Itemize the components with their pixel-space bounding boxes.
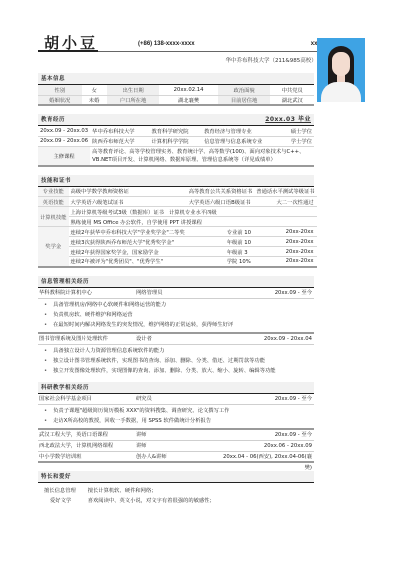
edu-school: 华中乔布科技大学 xyxy=(90,126,149,136)
experience-role: 设计者 xyxy=(136,334,216,344)
hobby-key: 擅长信息管理 xyxy=(44,486,86,496)
experience-date: 20xx.09 - 至今 xyxy=(216,430,314,440)
table-row: 熟练使用 MS Office 办公软件，自学使用 PPT 讲授课程 xyxy=(38,217,317,227)
skill-item: 大二一次性通过 xyxy=(254,197,316,207)
experience-date: 20xx.06 - 20xx.09 xyxy=(216,441,314,451)
edu-school: 陕西乔布师范大学 xyxy=(90,136,149,146)
scholarship-label: 奖学金 xyxy=(38,227,69,267)
label-political: 政治面貌 xyxy=(218,85,271,95)
scholarship-date: 20xx-20xx xyxy=(254,237,316,247)
skill-label: 专业技能 xyxy=(38,187,69,197)
label-hukou: 户口所在地 xyxy=(107,95,160,105)
experience-org: 华科教科院计算机中心 xyxy=(38,288,136,298)
experience-date: 20xx.09 - 20xx.04 xyxy=(216,334,314,344)
spacer xyxy=(38,463,314,471)
value-birthdate: 20xx.02.14 xyxy=(159,85,217,95)
experience-role: 网络管理员 xyxy=(136,288,216,298)
section-it-experience: 信息管理相关经历 xyxy=(38,276,314,288)
edu-major: 信息管理与信息系统专业 xyxy=(202,136,282,146)
table-row: 20xx.09 - 20xx.06 陕西乔布师范大学 计算机科学学院 信息管理与… xyxy=(38,136,314,146)
table-row: 主修课程 高等教育评论、高等学校管理实务、教育统计学、高等数学(100)、面向对… xyxy=(38,146,314,166)
edu-college: 教育科学研究院 xyxy=(150,126,203,136)
section-title: 信息管理相关经历 xyxy=(41,279,89,285)
scholarship-desc: 连续3次获得陕西乔布师范大学"优秀奖学金" xyxy=(69,237,187,247)
table-row: 连续3次获得陕西乔布师范大学"优秀奖学金" 年级前 10 20xx-20xx xyxy=(38,237,317,247)
scholarship-rank: 专业前 10 xyxy=(187,227,255,237)
experience-header: 国家社会科学基金项目 研究员 20xx.09 - 至今 xyxy=(38,394,314,405)
section-hobbies: 特长和爱好 xyxy=(38,471,314,483)
skill-label: 英语技能 xyxy=(38,197,69,207)
bullet-item: 具备独立设计人力资源管理信息系统软件的能力 xyxy=(44,346,314,356)
experience-role: 研究员 xyxy=(136,394,216,404)
header-divider xyxy=(98,51,354,52)
edu-period: 20xx.09 - 20xx.03 xyxy=(38,126,90,136)
value-marital: 未婚 xyxy=(82,95,107,105)
skill-label: 计算机技能 xyxy=(38,207,69,227)
skill-item: 高等教育公共关系资格证书 xyxy=(187,187,255,197)
scholarship-rank: 学院 10% xyxy=(187,257,255,267)
hobby-value: 擅长计算机软、硬件和网络； xyxy=(88,488,157,494)
table-row: 专业技能 高级中学数学教师资格证 高等教育公共关系资格证书 普通话水平测试等级证… xyxy=(38,187,317,197)
experience-role: 讲师 xyxy=(136,441,216,451)
experience-header: 图书管理系统及图片处理软件 设计者 20xx.09 - 20xx.04 xyxy=(38,334,314,345)
edu-college: 计算机科学学院 xyxy=(150,136,203,146)
hobby-key: 爱好文学 xyxy=(44,496,86,506)
experience-role: 创办人&讲师 xyxy=(136,452,216,461)
section-title: 科研教学相关经历 xyxy=(41,385,89,391)
section-basic-info: 基本信息 xyxy=(38,73,314,85)
experience-date: 20xx.09 - 至今 xyxy=(216,394,314,404)
value-hukou: 湖北襄樊 xyxy=(159,95,217,105)
spacer xyxy=(38,268,314,276)
experience-org: 西北政法大学，计算机网络课程 xyxy=(38,441,136,451)
skill-item: 大学英语六级口语B级证书 xyxy=(187,197,255,207)
section-title: 教育经历 xyxy=(41,117,65,123)
empty-cell xyxy=(254,207,316,217)
value-gender: 女 xyxy=(82,85,107,95)
profile-photo xyxy=(317,38,365,102)
photo-shirt xyxy=(321,82,361,102)
section-skills: 技能和证书 xyxy=(38,175,314,187)
skill-text: 计算机专业水平四级 xyxy=(169,210,217,216)
experience-header: 武汉工程大学，英语口语课程 讲师 20xx.09 - 至今 xyxy=(38,430,314,441)
experience-role: 讲师 xyxy=(136,430,216,440)
table-row: 20xx.09 - 20xx.03 华中乔布科技大学 教育科学研究院 教育经济与… xyxy=(38,126,314,136)
table-row: 计算机技能 上海计算机等级考试3级（数据库）证书 计算机专业水平四级 xyxy=(38,207,317,217)
resume-header: 胡小豆 (+86) 138-xxxx-xxxx xxx@xxxx.com 华中乔… xyxy=(38,0,314,73)
edu-period: 20xx.09 - 20xx.06 xyxy=(38,136,90,146)
experience-org: 图书管理系统及图片处理软件 xyxy=(38,334,136,344)
scholarship-date: 20xx-20xx xyxy=(254,247,316,257)
table-row: 连续2年获得国家奖学金，国家励学金 年级前 3 20xx-20xx xyxy=(38,247,317,257)
experience-date: 20xx.09 - 至今 xyxy=(216,288,314,298)
skill-item: 熟练使用 MS Office 办公软件，自学使用 PPT 讲授课程 xyxy=(69,217,317,227)
table-row: 性别 女 出生日期 20xx.02.14 政治面貌 中共党员 xyxy=(38,85,314,95)
experience-bullets: 具备管理机房/网络中心软硬件和网络运营的能力 负责机房软、硬件维护和网络运营 在… xyxy=(38,299,314,334)
table-row: 婚姻状况 未婚 户口所在地 湖北襄樊 目前居住地 湖北武汉 xyxy=(38,95,314,105)
experience-entry: 图书管理系统及图片处理软件 设计者 20xx.09 - 20xx.04 具备独立… xyxy=(38,334,314,378)
experience-bullets: 负责子课题"超级简历简历模板 XXX"的资料搜集、调查研究、论文撰写工作 走访X… xyxy=(38,405,314,430)
scholarship-desc: 连续2年获华中乔布科技大学"学业奖学金"二等奖 xyxy=(69,227,187,237)
experience-entry: 国家社会科学基金项目 研究员 20xx.09 - 至今 负责子课题"超级简历简历… xyxy=(38,394,314,430)
label-residence: 目前居住地 xyxy=(218,95,271,105)
photo-face xyxy=(332,52,350,76)
label-marital: 婚姻状况 xyxy=(38,95,82,105)
resume-page: 胡小豆 (+86) 138-xxxx-xxxx xxx@xxxx.com 华中乔… xyxy=(38,0,314,506)
courses-label: 主修课程 xyxy=(38,146,90,166)
bullet-item: 负责机房软、硬件维护和网络运营 xyxy=(44,310,314,320)
experience-org: 中小学数学培训班 xyxy=(38,452,136,461)
scholarship-date: 20xx-20xx xyxy=(254,257,316,267)
basic-info-table: 性别 女 出生日期 20xx.02.14 政治面貌 中共党员 婚姻状况 未婚 户… xyxy=(38,85,314,106)
table-row: 连续2年被评为"优秀团员"、"优秀学生" 学院 10% 20xx-20xx xyxy=(38,257,317,267)
bullet-item: 负责子课题"超级简历简历模板 XXX"的资料搜集、调查研究、论文撰写工作 xyxy=(44,406,314,416)
value-residence: 湖北武汉 xyxy=(270,95,314,105)
skill-text: 上海计算机等级考试3级（数据库）证书 xyxy=(71,210,164,216)
section-title: 技能和证书 xyxy=(41,178,71,184)
section-research: 科研教学相关经历 xyxy=(38,382,314,394)
hobby-row: 爱好文学 喜欢阅读中、英文小说，对文字有着很强的的敏感性； xyxy=(44,496,314,506)
label-gender: 性别 xyxy=(38,85,82,95)
skills-table: 专业技能 高级中学数学教师资格证 高等教育公共关系资格证书 普通话水平测试等级证… xyxy=(38,187,317,268)
scholarship-date: 20xx-20xx xyxy=(254,227,316,237)
experience-date: 20xx.04 - 06(西安), 20xx.04-06(襄樊) xyxy=(216,452,314,461)
name-underline xyxy=(38,50,98,52)
section-title: 特长和爱好 xyxy=(41,474,71,480)
experience-header: 西北政法大学，计算机网络课程 讲师 20xx.06 - 20xx.09 xyxy=(38,441,314,452)
skill-item: 大学英语六级笔试证书 xyxy=(69,197,187,207)
edu-major: 教育经济与管理专业 xyxy=(202,126,282,136)
bullet-item: 独立设计图书管理系统软件，实现图书的查询、添加、删除、分类、借还、过期罚款等功能 xyxy=(44,356,314,366)
section-education: 教育经历 20xx.03 毕业 xyxy=(38,114,314,126)
scholarship-rank: 年级前 10 xyxy=(187,237,255,247)
hobbies-list: 擅长信息管理 擅长计算机软、硬件和网络； 爱好文学 喜欢阅读中、英文小说，对文字… xyxy=(38,483,314,506)
hobby-value: 喜欢阅读中、英文小说，对文字有着很强的的敏感性； xyxy=(88,498,215,504)
bullet-item: 具备管理机房/网络中心软硬件和网络运营的能力 xyxy=(44,300,314,310)
phone-number: (+86) 138-xxxx-xxxx xyxy=(138,41,195,47)
skill-item: 普通话水平测试等级证书 xyxy=(254,187,316,197)
scholarship-desc: 连续2年被评为"优秀团员"、"优秀学生" xyxy=(69,257,187,267)
experience-org: 武汉工程大学，英语口语课程 xyxy=(38,430,136,440)
hobby-row: 擅长信息管理 擅长计算机软、硬件和网络； xyxy=(44,486,314,496)
skill-item: 上海计算机等级考试3级（数据库）证书 计算机专业水平四级 xyxy=(69,207,255,217)
experience-header: 华科教科院计算机中心 网络管理员 20xx.09 - 至今 xyxy=(38,288,314,299)
table-row: 英语技能 大学英语六级笔试证书 大学英语六级口语B级证书 大二一次性通过 xyxy=(38,197,317,207)
experience-bullets: 具备独立设计人力资源管理信息系统软件的能力 独立设计图书管理系统软件，实现图书的… xyxy=(38,345,314,378)
experience-org: 国家社会科学基金项目 xyxy=(38,394,136,404)
label-birthdate: 出生日期 xyxy=(107,85,160,95)
education-table: 20xx.09 - 20xx.03 华中乔布科技大学 教育科学研究院 教育经济与… xyxy=(38,126,314,167)
table-row: 奖学金 连续2年获华中乔布科技大学"学业奖学金"二等奖 专业前 10 20xx-… xyxy=(38,227,317,237)
edu-degree: 学士学位 xyxy=(282,136,314,146)
courses-list: 高等教育评论、高等学校管理实务、教育统计学、高等数学(100)、面向对象技术与C… xyxy=(90,146,314,166)
section-title: 基本信息 xyxy=(41,76,65,82)
experience-entry: 华科教科院计算机中心 网络管理员 20xx.09 - 至今 具备管理机房/网络中… xyxy=(38,288,314,334)
graduation-date: 20xx.03 毕业 xyxy=(265,114,311,126)
bullet-item: 在最短时间内解决网络发生的突发情况，维护网络的正常运转，获得师生好评 xyxy=(44,320,314,330)
scholarship-desc: 连续2年获得国家奖学金，国家励学金 xyxy=(69,247,187,257)
skill-item: 高级中学数学教师资格证 xyxy=(69,187,187,197)
edu-degree: 硕士学位 xyxy=(282,126,314,136)
bullet-item: 走访X所高校的教授，回收一手数据，用 SPSS 软件做统计分析报告 xyxy=(44,416,314,426)
value-political: 中共党员 xyxy=(270,85,314,95)
spacer xyxy=(38,106,314,114)
spacer xyxy=(38,167,314,175)
scholarship-rank: 年级前 3 xyxy=(187,247,255,257)
experience-header: 中小学数学培训班 创办人&讲师 20xx.04 - 06(西安), 20xx.0… xyxy=(38,452,314,463)
school-name: 华中乔布科技大学（211&985高校） xyxy=(225,58,316,64)
bullet-item: 独立开发图像处理软件，实现图像的查询、添加、删除、分类、放大、缩小、旋转、编辑等… xyxy=(44,366,314,376)
